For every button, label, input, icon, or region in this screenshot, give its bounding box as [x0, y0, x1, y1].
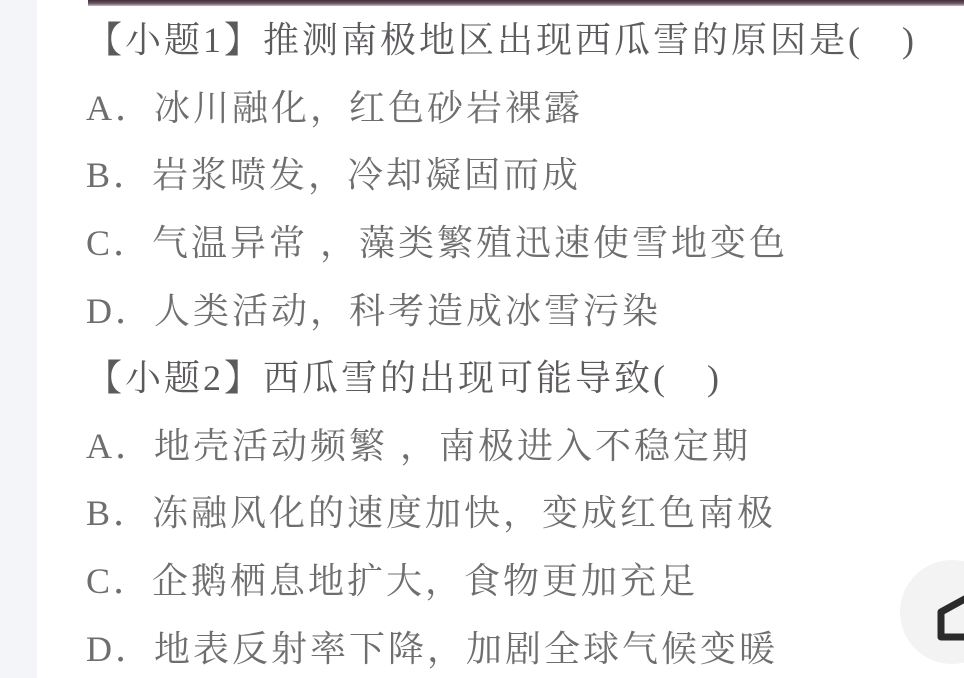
left-gutter	[0, 0, 37, 678]
question-page: { "page": { "background": "#ffffff", "gu…	[0, 0, 964, 678]
question-option: D．人类活动，科考造成冰雪污染	[86, 274, 964, 342]
question-option: A．冰川融化，红色砂岩裸露	[86, 72, 964, 140]
question-option: C．气温异常 ，藻类繁殖迅速使雪地变色	[86, 207, 964, 275]
question-option: B．岩浆喷发，冷却凝固而成	[86, 139, 964, 207]
question-option: B．冻融风化的速度加快，变成红色南极	[86, 477, 964, 545]
question-option: C．企鹅栖息地扩大，食物更加充足	[86, 545, 964, 613]
question-option: D．地表反射率下降，加剧全球气候变暖	[86, 612, 964, 678]
question-content: 【小题1】推测南极地区出现西瓜雪的原因是( )A．冰川融化，红色砂岩裸露B．岩浆…	[86, 4, 964, 678]
question-header: 【小题2】西瓜雪的出现可能导致( )	[86, 342, 964, 410]
question-header: 【小题1】推测南极地区出现西瓜雪的原因是( )	[86, 4, 964, 72]
home-icon	[932, 590, 964, 642]
question-option: A．地壳活动频繁 ，南极进入不稳定期	[86, 410, 964, 478]
